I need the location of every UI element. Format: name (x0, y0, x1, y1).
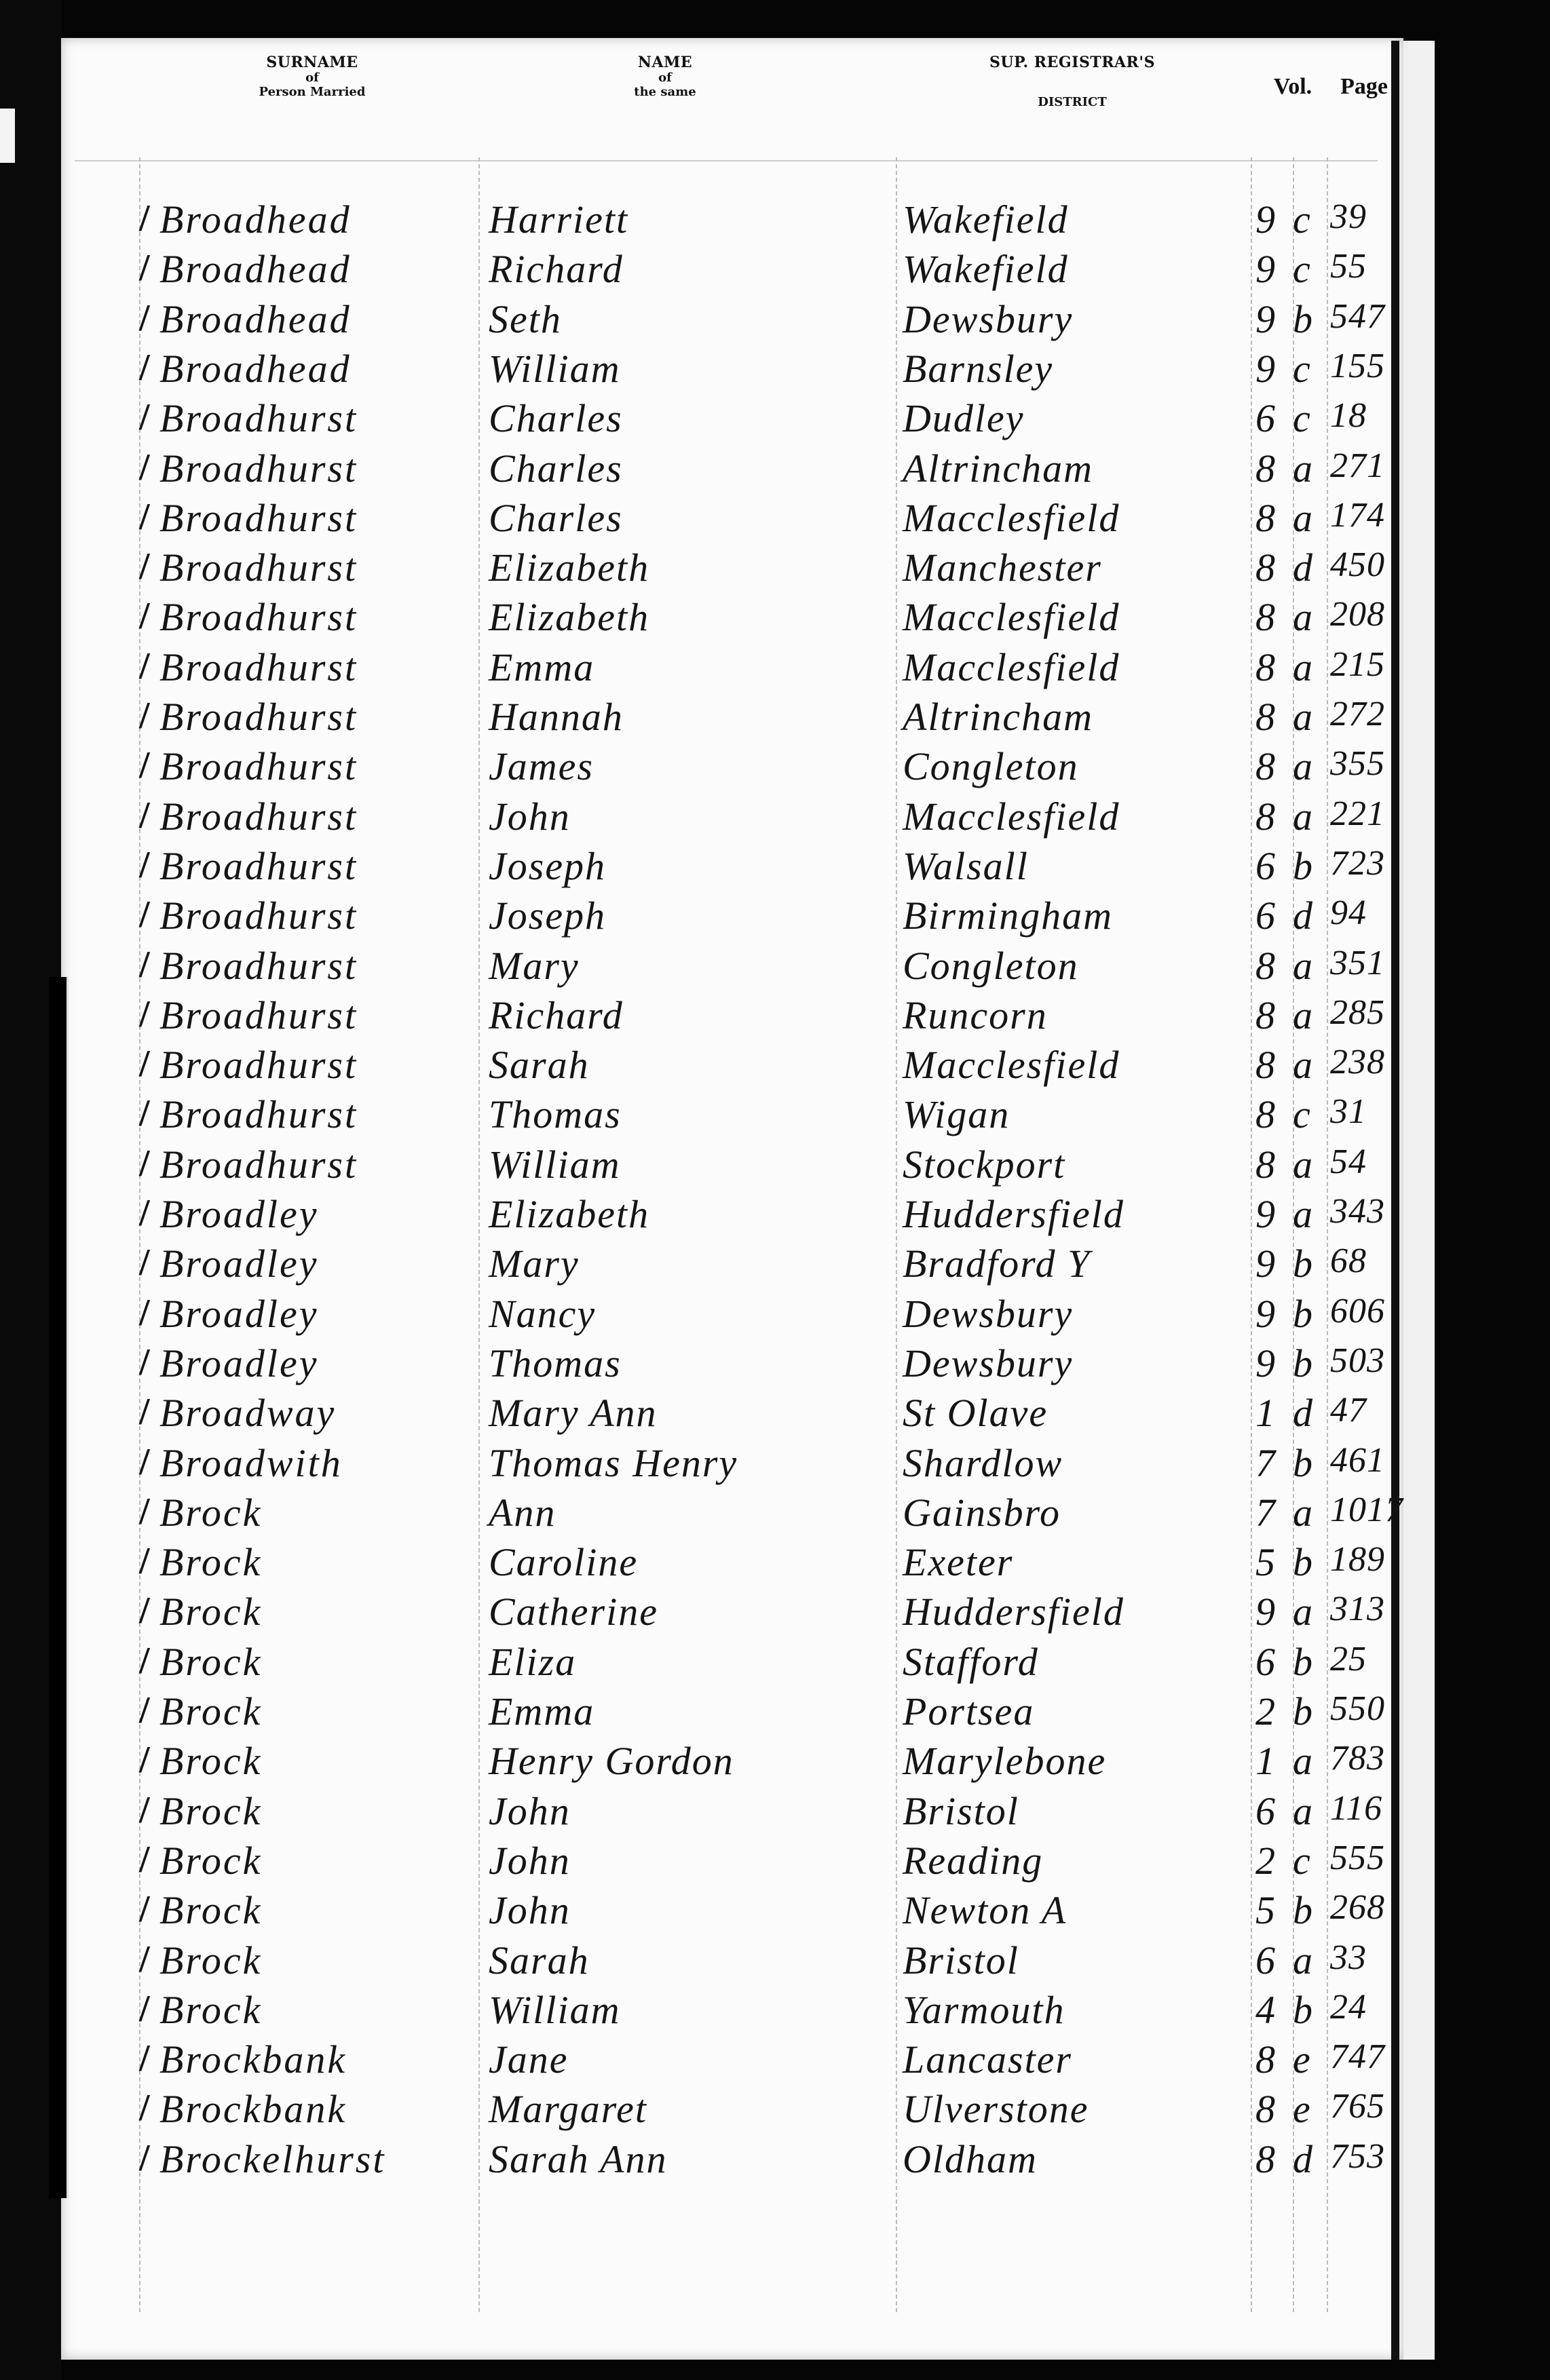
name-cell: Sarah Ann (489, 2136, 667, 2182)
volume-cell: 6 (1255, 1938, 1275, 1983)
header-name-line1: NAME (597, 54, 733, 71)
header-district: SUP. REGISTRAR'S DISTRICT (964, 54, 1181, 110)
district-cell: Birmingham (903, 893, 1113, 938)
register-row: /BroadhurstElizabethManchester8d450 (0, 545, 1550, 590)
tick-mark: / (139, 346, 150, 389)
register-row: /BroadheadHarriettWakefield9c39 (0, 197, 1550, 242)
volume-cell: 2 (1255, 1838, 1275, 1883)
surname-cell: Brock (159, 1689, 262, 1734)
volume-cell: 1 (1255, 1390, 1275, 1436)
register-row: /BroadhurstCharlesMacclesfield8a174 (0, 495, 1550, 540)
name-cell: Mary (489, 943, 580, 989)
tick-mark: / (139, 1938, 150, 1981)
name-cell: Harriett (489, 197, 628, 242)
page-cell: 155 (1330, 346, 1385, 386)
tick-mark: / (139, 197, 150, 240)
page-cell: 450 (1330, 545, 1385, 585)
header-page: Page (1330, 73, 1398, 100)
page-cell: 555 (1330, 1838, 1385, 1878)
tick-mark: / (139, 1539, 150, 1583)
volume-letter-cell: c (1293, 396, 1310, 441)
volume-letter-cell: e (1293, 2037, 1310, 2082)
surname-cell: Brock (159, 1738, 262, 1784)
surname-cell: Broadhurst (159, 694, 358, 740)
name-cell: Sarah (489, 1042, 590, 1088)
name-cell: John (489, 794, 571, 839)
register-row: /BrockEmmaPortsea2b550 (0, 1689, 1550, 1733)
header-rule (75, 160, 1378, 161)
page-cell: 783 (1330, 1738, 1385, 1778)
tick-mark: / (139, 1241, 150, 1284)
tick-mark: / (139, 893, 150, 936)
register-row: /BrockJohnReading2c555 (0, 1838, 1550, 1883)
register-row: /BroadhurstEmmaMacclesfield8a215 (0, 645, 1550, 689)
surname-cell: Broadhurst (159, 495, 358, 541)
surname-cell: Broadhurst (159, 744, 358, 789)
volume-letter-cell: b (1293, 296, 1312, 342)
surname-cell: Broadhurst (159, 446, 358, 491)
page-cell: 54 (1330, 1142, 1367, 1182)
district-cell: Marylebone (903, 1738, 1106, 1784)
name-cell: Joseph (489, 893, 606, 938)
volume-letter-cell: a (1293, 794, 1312, 839)
district-cell: Stockport (903, 1142, 1065, 1187)
district-cell: Shardlow (903, 1440, 1063, 1486)
surname-cell: Broadhurst (159, 1092, 358, 1137)
tick-mark: / (139, 1689, 150, 1732)
register-row: /BrockAnnGainsbro7a1017 (0, 1490, 1550, 1535)
page-cell: 221 (1330, 794, 1385, 834)
district-cell: Stafford (903, 1639, 1039, 1685)
page-cell: 503 (1330, 1341, 1385, 1381)
register-row: /BroadwithThomas HenryShardlow7b461 (0, 1440, 1550, 1485)
name-cell: Caroline (489, 1539, 638, 1585)
page-cell: 747 (1330, 2037, 1385, 2077)
volume-cell: 9 (1255, 346, 1275, 391)
page-cell: 47 (1330, 1390, 1367, 1430)
page-cell: 116 (1330, 1788, 1382, 1828)
page-cell: 1017 (1330, 1490, 1403, 1530)
surname-cell: Broadhurst (159, 794, 358, 839)
volume-letter-cell: a (1293, 943, 1312, 989)
page-cell: 31 (1330, 1092, 1367, 1132)
surname-cell: Broadley (159, 1191, 318, 1237)
volume-letter-cell: a (1293, 1042, 1312, 1088)
volume-cell: 6 (1255, 893, 1275, 938)
district-cell: Oldham (903, 2136, 1038, 2182)
surname-cell: Broadhurst (159, 645, 358, 690)
page-cell: 313 (1330, 1589, 1385, 1629)
volume-letter-cell: e (1293, 2086, 1310, 2132)
surname-cell: Brock (159, 1938, 262, 1983)
surname-cell: Broadhurst (159, 993, 358, 1038)
header-name-line2: of (597, 71, 733, 85)
register-row: /BrockJohnBristol6a116 (0, 1788, 1550, 1833)
name-cell: William (489, 1142, 620, 1187)
name-cell: Catherine (489, 1589, 658, 1634)
district-cell: Huddersfield (903, 1191, 1124, 1237)
surname-cell: Brock (159, 1589, 262, 1634)
name-cell: Richard (489, 993, 624, 1038)
name-cell: Seth (489, 296, 562, 342)
tick-mark: / (139, 495, 150, 539)
surname-cell: Broadhurst (159, 1142, 358, 1187)
volume-letter-cell: a (1293, 446, 1312, 491)
surname-cell: Brock (159, 1639, 262, 1685)
district-cell: Huddersfield (903, 1589, 1124, 1634)
surname-cell: Broadhurst (159, 1042, 358, 1088)
name-cell: Emma (489, 1689, 594, 1734)
district-cell: Walsall (903, 843, 1029, 889)
surname-cell: Brock (159, 1887, 262, 1933)
register-row: /BroadleyThomasDewsbury9b503 (0, 1341, 1550, 1385)
district-cell: Yarmouth (903, 1987, 1065, 2033)
name-cell: Charles (489, 396, 623, 441)
tick-mark: / (139, 993, 150, 1036)
district-cell: Portsea (903, 1689, 1034, 1734)
tick-mark: / (139, 396, 150, 439)
name-cell: Emma (489, 645, 594, 690)
register-row: /BrockWilliamYarmouth4b24 (0, 1987, 1550, 2032)
name-cell: Thomas (489, 1092, 622, 1137)
register-row: /BroadheadRichardWakefield9c55 (0, 246, 1550, 291)
register-row: /BrockCatherineHuddersfield9a313 (0, 1589, 1550, 1634)
surname-cell: Broadhead (159, 296, 352, 342)
tick-mark: / (139, 2037, 150, 2080)
district-cell: Exeter (903, 1539, 1013, 1585)
tick-mark: / (139, 1887, 150, 1931)
district-cell: Manchester (903, 545, 1102, 590)
district-cell: Runcorn (903, 993, 1048, 1038)
surname-cell: Broadhurst (159, 396, 358, 441)
name-cell: Elizabeth (489, 1191, 649, 1237)
tick-mark: / (139, 694, 150, 737)
tick-mark: / (139, 1639, 150, 1683)
volume-letter-cell: c (1293, 346, 1310, 391)
volume-cell: 8 (1255, 794, 1275, 839)
tick-mark: / (139, 2086, 150, 2130)
register-row: /BrockbankJaneLancaster8e747 (0, 2037, 1550, 2081)
district-cell: Macclesfield (903, 645, 1120, 690)
surname-cell: Broadwith (159, 1440, 343, 1486)
page-cell: 215 (1330, 645, 1385, 685)
page-cell: 33 (1330, 1938, 1367, 1978)
volume-cell: 8 (1255, 943, 1275, 989)
name-cell: Joseph (489, 843, 606, 889)
tick-mark: / (139, 594, 150, 638)
register-row: /BrockHenry GordonMarylebone1a783 (0, 1738, 1550, 1783)
header-surname-line1: SURNAME (224, 54, 400, 71)
name-cell: John (489, 1838, 571, 1883)
page-cell: 547 (1330, 296, 1385, 337)
register-row: /BroadheadWilliamBarnsley9c155 (0, 346, 1550, 391)
surname-cell: Broadhead (159, 197, 352, 242)
tick-mark: / (139, 843, 150, 887)
volume-letter-cell: b (1293, 1987, 1312, 2033)
surname-cell: Brockelhurst (159, 2136, 385, 2182)
volume-cell: 6 (1255, 396, 1275, 441)
name-cell: Jane (489, 2037, 569, 2082)
page-cell: 174 (1330, 495, 1385, 535)
volume-cell: 8 (1255, 993, 1275, 1038)
header-page-label: Page (1330, 73, 1398, 100)
volume-letter-cell: a (1293, 1191, 1312, 1237)
tick-mark: / (139, 246, 150, 290)
volume-letter-cell: a (1293, 993, 1312, 1038)
volume-letter-cell: a (1293, 495, 1312, 541)
name-cell: James (489, 744, 594, 789)
volume-letter-cell: b (1293, 1689, 1312, 1734)
volume-cell: 1 (1255, 1738, 1275, 1784)
surname-cell: Broadway (159, 1390, 336, 1436)
volume-cell: 8 (1255, 2086, 1275, 2132)
volume-letter-cell: a (1293, 1738, 1312, 1784)
volume-cell: 8 (1255, 495, 1275, 541)
page-cell: 723 (1330, 843, 1385, 883)
volume-cell: 8 (1255, 594, 1275, 640)
volume-cell: 7 (1255, 1440, 1275, 1486)
name-cell: Mary Ann (489, 1390, 658, 1436)
tick-mark: / (139, 794, 150, 837)
district-cell: Altrincham (903, 446, 1093, 491)
page-cell: 208 (1330, 594, 1385, 634)
volume-letter-cell: b (1293, 1291, 1312, 1337)
header-name: NAME of the same (597, 54, 733, 100)
name-cell: Richard (489, 246, 624, 292)
district-cell: Congleton (903, 744, 1079, 789)
volume-letter-cell: c (1293, 1838, 1310, 1883)
volume-cell: 5 (1255, 1887, 1275, 1933)
surname-cell: Broadhurst (159, 545, 358, 590)
volume-letter-cell: b (1293, 843, 1312, 889)
volume-cell: 6 (1255, 1639, 1275, 1685)
volume-letter-cell: a (1293, 1142, 1312, 1187)
name-cell: Sarah (489, 1938, 590, 1983)
register-row: /BrockSarahBristol6a33 (0, 1938, 1550, 1982)
tick-mark: / (139, 545, 150, 588)
tick-mark: / (139, 1987, 150, 2031)
name-cell: John (489, 1887, 571, 1933)
district-cell: Bristol (903, 1938, 1019, 1983)
name-cell: William (489, 346, 620, 391)
district-cell: Newton A (903, 1887, 1067, 1933)
tick-mark: / (139, 943, 150, 986)
volume-cell: 8 (1255, 446, 1275, 491)
volume-cell: 8 (1255, 2136, 1275, 2182)
volume-letter-cell: b (1293, 1887, 1312, 1933)
volume-letter-cell: b (1293, 1539, 1312, 1585)
tick-mark: / (139, 645, 150, 688)
district-cell: Reading (903, 1838, 1043, 1883)
surname-cell: Broadley (159, 1341, 318, 1386)
page-cell: 606 (1330, 1291, 1385, 1331)
name-cell: Ann (489, 1490, 556, 1535)
page-cell: 550 (1330, 1689, 1385, 1729)
volume-cell: 4 (1255, 1987, 1275, 2033)
register-row: /BroadhurstThomasWigan8c31 (0, 1092, 1550, 1136)
tick-mark: / (139, 2136, 150, 2180)
surname-cell: Brock (159, 1987, 262, 2033)
district-cell: Ulverstone (903, 2086, 1089, 2132)
header-district-line2: DISTRICT (964, 96, 1181, 110)
surname-cell: Broadhead (159, 346, 352, 391)
page-cell: 68 (1330, 1241, 1367, 1281)
tick-mark: / (139, 1440, 150, 1484)
page-cell: 285 (1330, 993, 1385, 1033)
tick-mark: / (139, 1092, 150, 1135)
district-cell: Altrincham (903, 694, 1093, 740)
tick-mark: / (139, 1191, 150, 1235)
page-cell: 189 (1330, 1539, 1385, 1579)
surname-cell: Brock (159, 1539, 262, 1585)
volume-cell: 8 (1255, 545, 1275, 590)
page-cell: 55 (1330, 246, 1367, 286)
page-cell: 753 (1330, 2136, 1385, 2176)
surname-cell: Broadhead (159, 246, 352, 292)
surname-cell: Broadhurst (159, 843, 358, 889)
volume-cell: 8 (1255, 1042, 1275, 1088)
volume-letter-cell: b (1293, 1241, 1312, 1286)
name-cell: Mary (489, 1241, 580, 1286)
district-cell: Macclesfield (903, 794, 1120, 839)
volume-cell: 6 (1255, 1788, 1275, 1834)
register-row: /BroadhurstHannahAltrincham8a272 (0, 694, 1550, 739)
volume-cell: 9 (1255, 1589, 1275, 1634)
register-row: /BroadheadSethDewsbury9b547 (0, 296, 1550, 341)
surname-cell: Brockbank (159, 2037, 347, 2082)
name-cell: Nancy (489, 1291, 596, 1337)
page-cell: 355 (1330, 744, 1385, 784)
surname-cell: Brock (159, 1490, 262, 1535)
page-cell: 271 (1330, 446, 1385, 486)
name-cell: Elizabeth (489, 545, 649, 590)
volume-cell: 9 (1255, 1191, 1275, 1237)
district-cell: Congleton (903, 943, 1079, 989)
surname-cell: Brock (159, 1788, 262, 1834)
header-surname-line2: of (224, 71, 400, 85)
register-row: /BroadleyMaryBradford Y9b68 (0, 1241, 1550, 1286)
register-row: /BroadleyElizabethHuddersfield9a343 (0, 1191, 1550, 1236)
district-cell: Lancaster (903, 2037, 1072, 2082)
volume-cell: 8 (1255, 1092, 1275, 1137)
page-cell: 24 (1330, 1987, 1367, 2027)
header-surname: SURNAME of Person Married (224, 54, 400, 100)
name-cell: Hannah (489, 694, 624, 740)
volume-cell: 2 (1255, 1689, 1275, 1734)
district-cell: Wigan (903, 1092, 1010, 1137)
surname-cell: Broadhurst (159, 943, 358, 989)
header-surname-line3: Person Married (224, 85, 400, 100)
name-cell: Charles (489, 446, 623, 491)
volume-cell: 9 (1255, 246, 1275, 292)
register-row: /BroadhurstSarahMacclesfield8a238 (0, 1042, 1550, 1087)
volume-letter-cell: d (1293, 1390, 1312, 1436)
surname-cell: Broadley (159, 1291, 318, 1337)
volume-cell: 8 (1255, 2037, 1275, 2082)
district-cell: Macclesfield (903, 495, 1120, 541)
volume-letter-cell: c (1293, 197, 1310, 242)
volume-cell: 9 (1255, 296, 1275, 342)
tick-mark: / (139, 1142, 150, 1185)
district-cell: Gainsbro (903, 1490, 1061, 1535)
surname-cell: Brockbank (159, 2086, 347, 2132)
district-cell: St Olave (903, 1390, 1048, 1436)
tick-mark: / (139, 446, 150, 489)
register-row: /BroadleyNancyDewsbury9b606 (0, 1291, 1550, 1336)
volume-cell: 8 (1255, 1142, 1275, 1187)
volume-cell: 6 (1255, 843, 1275, 889)
name-cell: Henry Gordon (489, 1738, 734, 1784)
tick-mark: / (139, 1738, 150, 1782)
volume-cell: 5 (1255, 1539, 1275, 1585)
page-cell: 343 (1330, 1191, 1385, 1231)
volume-letter-cell: a (1293, 1788, 1312, 1834)
volume-letter-cell: c (1293, 246, 1310, 292)
volume-letter-cell: a (1293, 744, 1312, 789)
page-cell: 18 (1330, 396, 1367, 436)
volume-cell: 8 (1255, 645, 1275, 690)
register-row: /BrockElizaStafford6b25 (0, 1639, 1550, 1684)
register-row: /BroadhurstRichardRuncorn8a285 (0, 993, 1550, 1037)
page-cell: 765 (1330, 2086, 1385, 2126)
register-row: /BroadhurstCharlesAltrincham8a271 (0, 446, 1550, 491)
register-row: /BroadhurstJosephWalsall6b723 (0, 843, 1550, 888)
name-cell: Thomas (489, 1341, 622, 1386)
district-cell: Macclesfield (903, 594, 1120, 640)
page-cell: 25 (1330, 1639, 1367, 1679)
name-cell: Eliza (489, 1639, 576, 1685)
volume-letter-cell: a (1293, 1589, 1312, 1634)
volume-letter-cell: a (1293, 645, 1312, 690)
register-row: /BroadhurstElizabethMacclesfield8a208 (0, 594, 1550, 639)
tick-mark: / (139, 1291, 150, 1335)
name-cell: Elizabeth (489, 594, 649, 640)
surname-cell: Broadhurst (159, 893, 358, 938)
volume-cell: 9 (1255, 1241, 1275, 1286)
volume-letter-cell: d (1293, 2136, 1312, 2182)
register-row: /BroadhurstCharlesDudley6c18 (0, 396, 1550, 440)
tick-mark: / (139, 1838, 150, 1881)
register-row: /BroadhurstJamesCongleton8a355 (0, 744, 1550, 788)
film-tab (0, 109, 15, 163)
tick-mark: / (139, 744, 150, 787)
register-row: /BrockelhurstSarah AnnOldham8d753 (0, 2136, 1550, 2181)
volume-letter-cell: a (1293, 1938, 1312, 1983)
register-row: /BrockbankMargaretUlverstone8e765 (0, 2086, 1550, 2131)
district-cell: Bradford Y (903, 1241, 1091, 1286)
name-cell: Charles (489, 495, 623, 541)
page-cell: 272 (1330, 694, 1385, 734)
name-cell: Margaret (489, 2086, 647, 2132)
volume-letter-cell: a (1293, 594, 1312, 640)
tick-mark: / (139, 1490, 150, 1533)
tick-mark: / (139, 1788, 150, 1832)
register-row: /BroadwayMary AnnSt Olave1d47 (0, 1390, 1550, 1435)
page-cell: 94 (1330, 893, 1367, 933)
page-cell: 268 (1330, 1887, 1385, 1927)
volume-cell: 8 (1255, 694, 1275, 740)
register-row: /BrockCarolineExeter5b189 (0, 1539, 1550, 1584)
register-row: /BrockJohnNewton A5b268 (0, 1887, 1550, 1932)
district-cell: Dewsbury (903, 1291, 1073, 1337)
volume-letter-cell: a (1293, 1490, 1312, 1535)
district-cell: Barnsley (903, 346, 1053, 391)
page-cell: 238 (1330, 1042, 1385, 1082)
register-row: /BroadhurstJohnMacclesfield8a221 (0, 794, 1550, 839)
district-cell: Dudley (903, 396, 1025, 441)
name-cell: Thomas Henry (489, 1440, 738, 1486)
header-district-line1: SUP. REGISTRAR'S (964, 54, 1181, 71)
